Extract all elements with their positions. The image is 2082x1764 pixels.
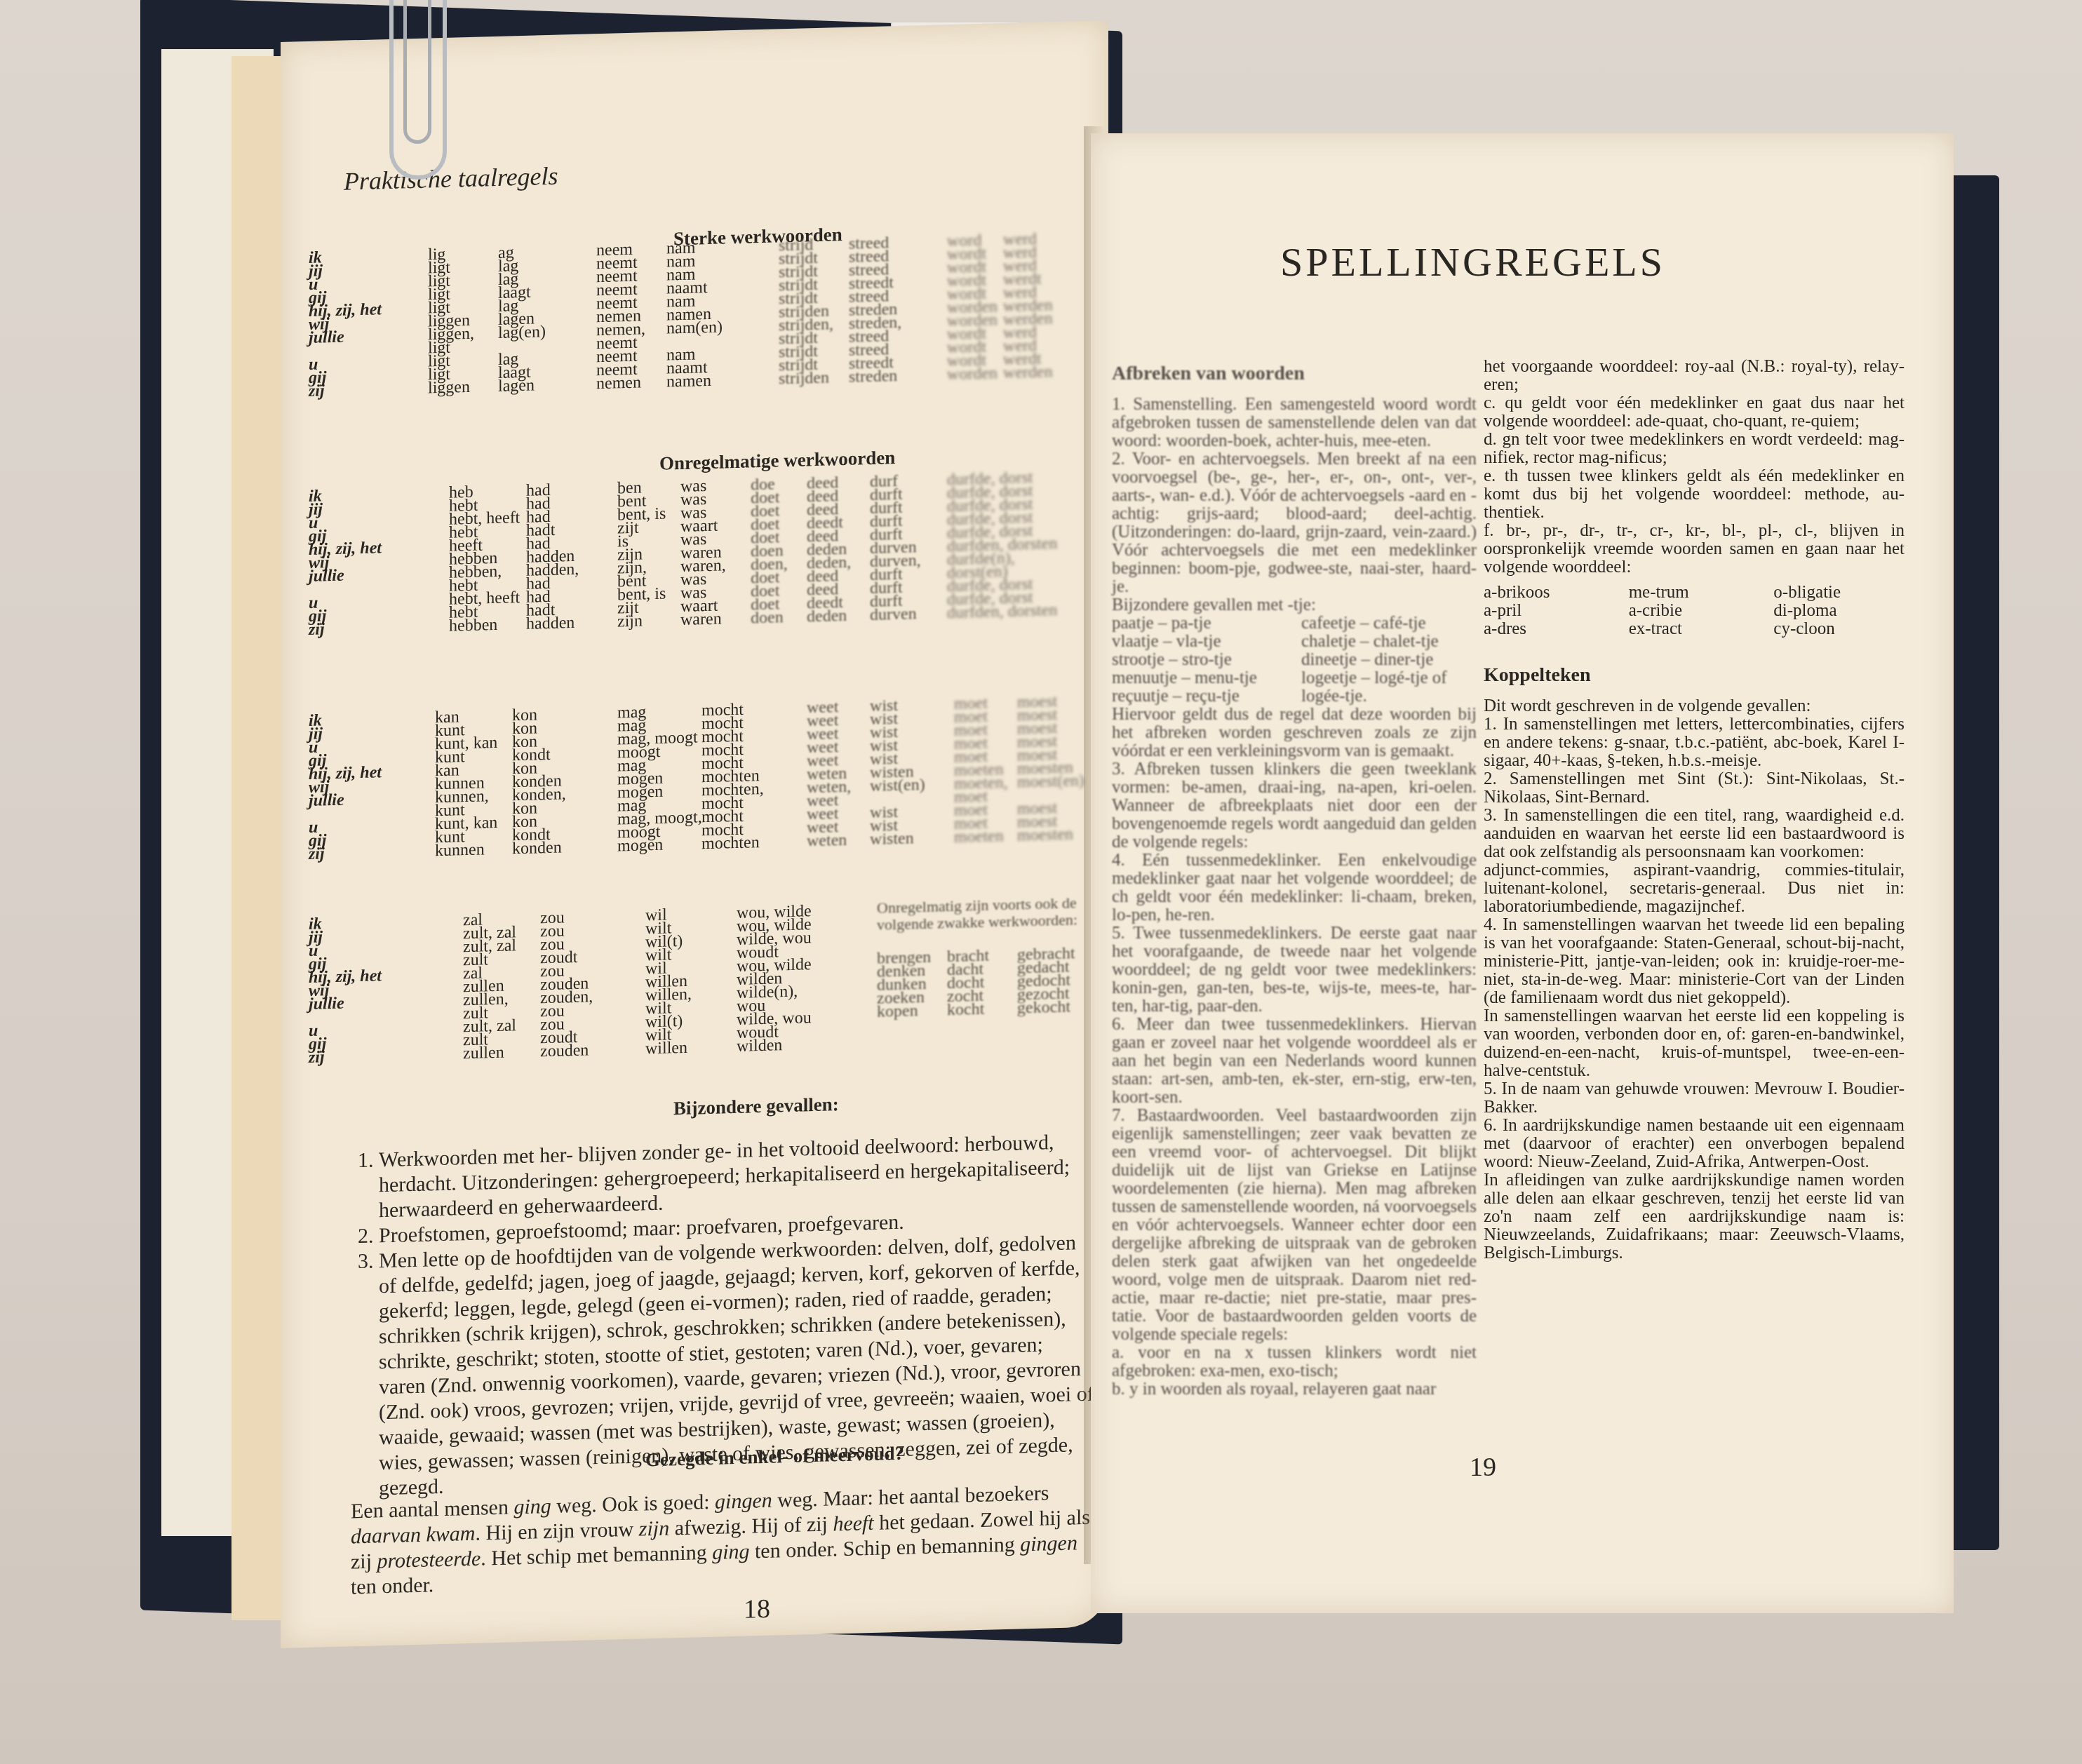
syllable-example: di-ploma [1773, 602, 1905, 620]
gezegde-paragraph: Een aantal mensen ging weg. Ook is goed:… [351, 1480, 1094, 1601]
verb-form: zullen [463, 1045, 540, 1061]
syllable-example: a-cribie [1629, 602, 1760, 620]
syllable-example: o-bligatie [1773, 584, 1905, 602]
verb-form: zij [309, 620, 449, 637]
zwak-note: Onregelmatig zijn voorts ook de volgende… [877, 894, 1094, 934]
column-koppelteken: het voorgaande woorddeel: roy-aal (N.B.:… [1484, 358, 1905, 1263]
page-18: Praktische taalregels Sterke werkwoorden… [281, 20, 1108, 1648]
verb-form: hebben [449, 618, 526, 633]
verb-form: werden [1003, 365, 1059, 380]
table-modals: ikjijugijhij, zij, hetwijjullieugijzij k… [309, 694, 1080, 861]
verb-form: wisten [870, 831, 954, 847]
table-onregelmatig: ikjijugijhij, zij, hetwijjullieugijzij h… [309, 471, 1052, 637]
zwak-pp: gebrachtgedachtgedochtgezochtgekocht [1017, 947, 1087, 1016]
verb-form: lagen [498, 377, 596, 393]
verb-form: weten [807, 833, 870, 848]
page-number-18: 18 [744, 1594, 770, 1625]
tje-example: chaletje – chalet-tje [1301, 633, 1477, 651]
syllable-example: a-dres [1484, 620, 1615, 638]
verb-form: kunnen [435, 842, 512, 858]
verb-form: moesten [1017, 828, 1080, 842]
heading-afbreken: Afbreken van woorden [1112, 365, 1477, 383]
chapter-title: SPELLINGREGELS [1280, 238, 1665, 285]
section-title-onregelmatig: Onregelmatige werkwoorden [659, 447, 895, 475]
syllable-examples: a-brikoosme-trumo-bligatiea-prila-cribie… [1484, 584, 1905, 638]
table-sterke: ikjijugijhij, zij, hetwijjullieugijzij l… [309, 232, 1059, 398]
verb-form: liggen [428, 380, 498, 396]
tje-example: cafeetje – café-tje [1301, 614, 1477, 633]
verb-form: hadden [526, 615, 617, 631]
verb-form: mochten [701, 835, 807, 851]
tje-examples: paatje – pa-tjecafeetje – café-tjevlaatj… [1112, 614, 1477, 706]
table-zullen-willen: ikjijugijhij, zij, hetwijjullieugijzij z… [309, 904, 835, 1065]
syllable-example: cy-cloon [1773, 620, 1905, 638]
verb-form: gekocht [1017, 1000, 1087, 1016]
tje-example: paatje – pa-tje [1112, 614, 1287, 633]
tje-example: vlaatje – vla-tje [1112, 633, 1287, 651]
verb-form: zij [309, 382, 428, 398]
verb-form: kopen [877, 1004, 947, 1019]
verb-form: zouden [540, 1042, 645, 1058]
tje-example: reçuutje – reçu-tje [1112, 687, 1287, 706]
verb-form: waren [680, 612, 751, 627]
zwak-inf: brengendenkendunkenzoekenkopen [877, 950, 947, 1019]
verb-form: worden [947, 367, 1003, 382]
tje-example: dineetje – diner-tje [1301, 651, 1477, 669]
section-title-bijzondere: Bijzondere gevallen: [673, 1093, 839, 1119]
zwak-past: brachtdachtdochtzochtkocht [947, 949, 1017, 1018]
running-head: Praktische taalregels [344, 161, 558, 196]
syllable-example: a-brikoos [1484, 584, 1615, 602]
verb-form: moest(en) [1017, 774, 1080, 789]
verb-form: moeten [954, 830, 1017, 844]
verb-form: nemen [596, 376, 666, 391]
tje-example: menuutje – menu-tje [1112, 669, 1287, 687]
verb-form: durven [870, 607, 947, 622]
verb-form: konden [512, 840, 617, 856]
column-afbreken: Afbreken van woorden 1. Samenstelling. E… [1112, 365, 1477, 1399]
pronoun-col: ikjijugijhij, zij, hetwijjullieugijzij [309, 249, 428, 398]
paperclip-icon [389, 0, 447, 180]
syllable-example: a-pril [1484, 602, 1615, 620]
verb-form: kocht [947, 1002, 1017, 1018]
verb-form: strijden [779, 371, 849, 386]
syllable-example: me-trum [1629, 584, 1760, 602]
tje-example: strootje – stro-tje [1112, 651, 1287, 669]
verb-form: mogen [617, 837, 701, 853]
heading-koppelteken: Koppelteken [1484, 666, 1905, 685]
tje-example: logée-tje. [1301, 687, 1477, 706]
verb-form: streden [849, 368, 947, 384]
verb-form: namen [666, 372, 779, 389]
verb-form: deden [807, 609, 870, 624]
verb-form: wilden [737, 1037, 835, 1053]
verb-form: zijn [617, 614, 680, 628]
verb-form: doen [751, 610, 807, 625]
bijzondere-list: Werkwoorden met her- blijven zonder ge- … [351, 1129, 1094, 1502]
verb-form: willen [645, 1040, 737, 1056]
verb-form: durfden, dorsten [947, 604, 1052, 620]
table-zwak: brengendenkendunkenzoekenkopen brachtdac… [877, 947, 1087, 1019]
page-number-19: 19 [1470, 1452, 1496, 1483]
tje-example: logeetje – logé-tje of [1301, 669, 1477, 687]
verb-form: zij [309, 844, 435, 861]
syllable-example: ex-tract [1629, 620, 1760, 638]
page-19: SPELLINGREGELS Afbreken van woorden 1. S… [1091, 133, 1954, 1613]
